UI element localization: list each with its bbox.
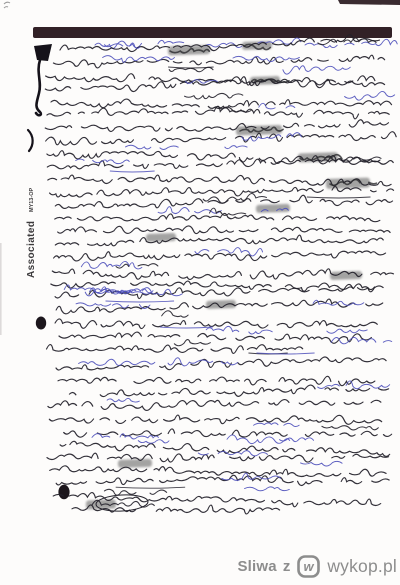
top-scan-bar — [33, 27, 392, 38]
watermark-site: wykop.pl — [327, 556, 397, 577]
margin-curve-mark — [36, 60, 41, 115]
margin-arc-mark — [28, 130, 33, 151]
watermark-separator: z — [283, 558, 291, 575]
corner-pen-mark — [4, 2, 10, 8]
watermark-author: Sliwa — [237, 558, 276, 575]
punch-hole-dot — [36, 317, 46, 330]
paper-edge-line — [0, 243, 2, 335]
stamp-associated-text: Associated — [26, 221, 37, 278]
stamp-code-text: MY13-OP — [29, 188, 35, 212]
wykop-logo-glyph: w — [304, 559, 315, 574]
manuscript-photo: MY13-OP Associated Sliwa z w wykop.pl — [0, 0, 400, 585]
wykop-logo-icon: w — [297, 555, 320, 578]
top-edge-bar — [338, 0, 400, 5]
watermark: Sliwa z w wykop.pl — [237, 555, 397, 578]
manuscript-page: MY13-OP Associated — [0, 0, 400, 585]
margin-flag-mark — [34, 44, 52, 61]
punch-hole-dot — [58, 485, 69, 499]
